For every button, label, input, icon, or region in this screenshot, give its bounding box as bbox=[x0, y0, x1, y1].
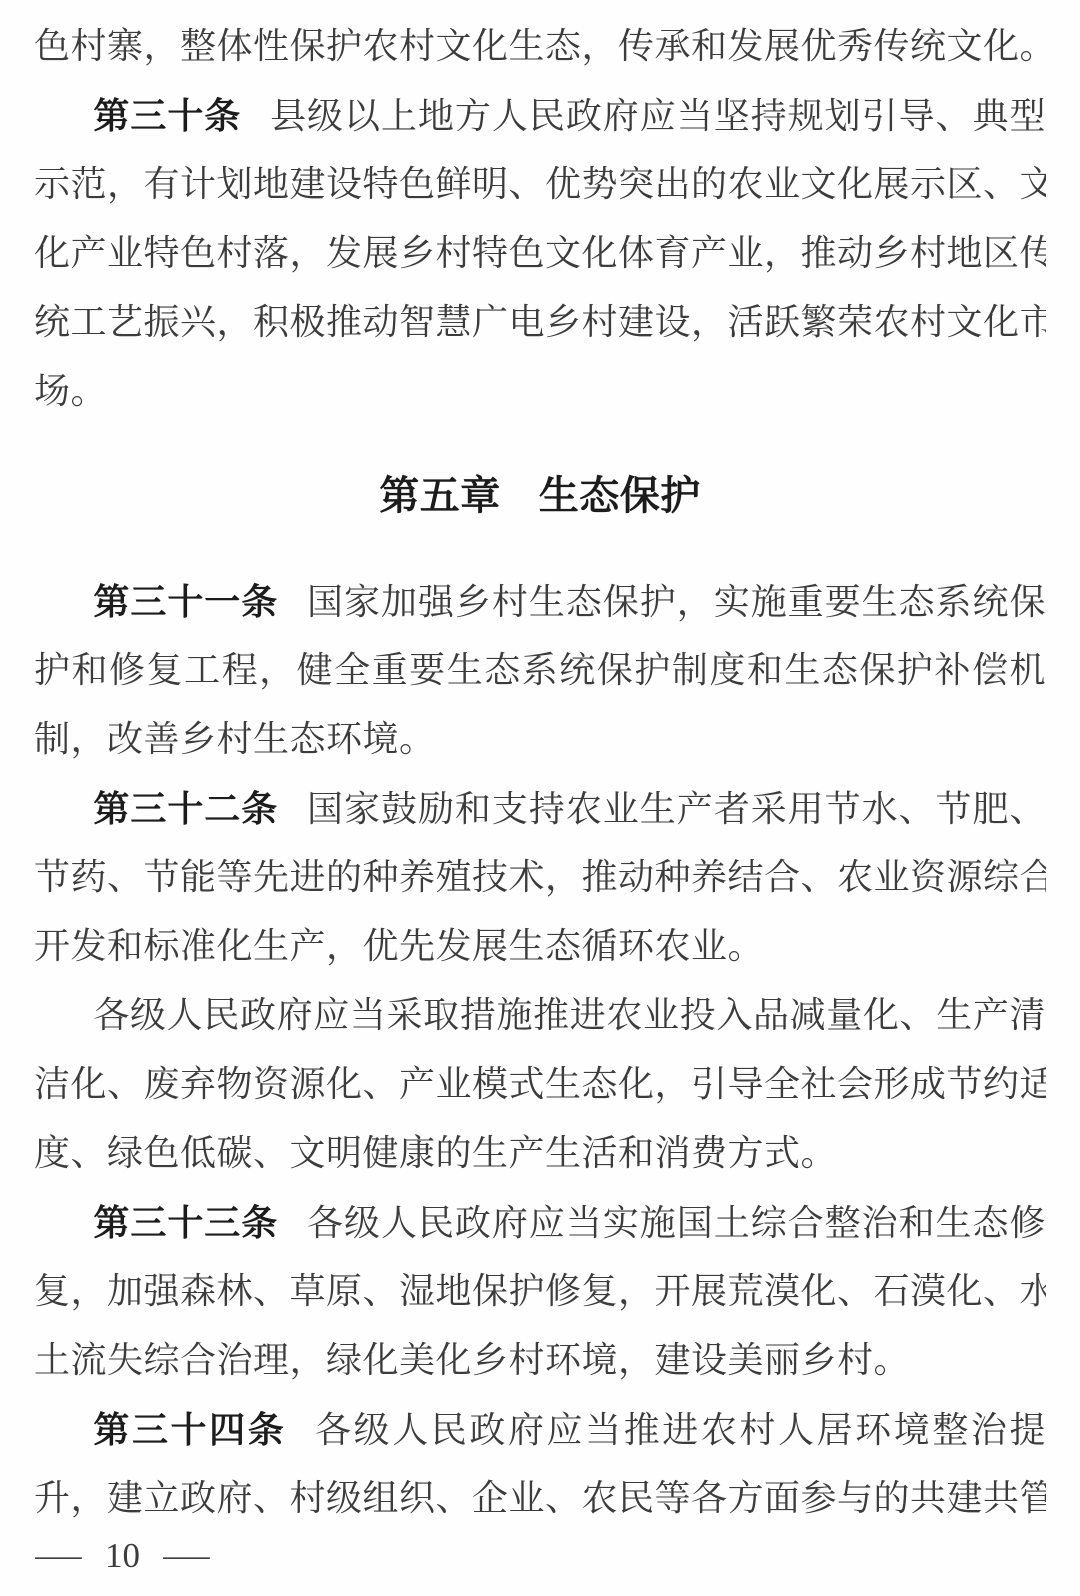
text-line: 第三十三条各级人民政府应当实施国土综合整治和生态修 bbox=[34, 1188, 1046, 1257]
page-footer: — 10 — bbox=[42, 1536, 203, 1576]
line-text: 场。 bbox=[34, 371, 107, 411]
text-line: 护和修复工程，健全重要生态系统保护制度和生态保护补偿机 bbox=[34, 636, 1046, 705]
line-text: 节药、节能等先进的种养殖技术，推动种养结合、农业资源综合 bbox=[34, 857, 1046, 897]
line-text: 县级以上地方人民政府应当坚持规划引导、典型 bbox=[270, 96, 1046, 136]
chapter-title: 生态保护 bbox=[539, 474, 701, 518]
line-text: 各级人民政府应当实施国土综合整治和生态修 bbox=[307, 1203, 1046, 1243]
text-line: 节药、节能等先进的种养殖技术，推动种养结合、农业资源综合 bbox=[34, 843, 1046, 912]
document-content: 色村寨，整体性保护农村文化生态，传承和发展优秀传统文化。第三十条县级以上地方人民… bbox=[34, 12, 1046, 1533]
text-line: 色村寨，整体性保护农村文化生态，传承和发展优秀传统文化。 bbox=[34, 12, 1046, 81]
article-number: 第三十四条 bbox=[93, 1409, 286, 1450]
line-text: 色村寨，整体性保护农村文化生态，传承和发展优秀传统文化。 bbox=[34, 26, 1046, 66]
line-text: 护和修复工程，健全重要生态系统保护制度和生态保护补偿机 bbox=[34, 650, 1046, 690]
text-line: 第三十条县级以上地方人民政府应当坚持规划引导、典型 bbox=[34, 81, 1046, 150]
article-number: 第三十一条 bbox=[93, 581, 278, 622]
text-line: 度、绿色低碳、文明健康的生产生活和消费方式。 bbox=[34, 1119, 1046, 1188]
line-text: 示范，有计划地建设特色鲜明、优势突出的农业文化展示区、文 bbox=[34, 164, 1046, 204]
line-text: 统工艺振兴，积极推动智慧广电乡村建设，活跃繁荣农村文化市 bbox=[34, 302, 1046, 342]
line-text: 国家鼓励和支持农业生产者采用节水、节肥、 bbox=[307, 789, 1046, 829]
text-line: 示范，有计划地建设特色鲜明、优势突出的农业文化展示区、文 bbox=[34, 150, 1046, 219]
footer-right-dash: — bbox=[163, 1538, 209, 1575]
text-line: 复，加强森林、草原、湿地保护修复，开展荒漠化、石漠化、水 bbox=[34, 1257, 1046, 1326]
text-line: 洁化、废弃物资源化、产业模式生态化，引导全社会形成节约适 bbox=[34, 1050, 1046, 1119]
text-line: 制，改善乡村生态环境。 bbox=[34, 705, 1046, 774]
text-line: 化产业特色村落，发展乡村特色文化体育产业，推动乡村地区传 bbox=[34, 219, 1046, 288]
text-line: 第三十一条国家加强乡村生态保护，实施重要生态系统保 bbox=[34, 567, 1046, 636]
article-number: 第三十条 bbox=[93, 95, 241, 136]
line-text: 洁化、废弃物资源化、产业模式生态化，引导全社会形成节约适 bbox=[34, 1064, 1046, 1104]
footer-left-dash: — bbox=[35, 1538, 81, 1575]
text-line: 统工艺振兴，积极推动智慧广电乡村建设，活跃繁荣农村文化市 bbox=[34, 288, 1046, 357]
text-line: 升，建立政府、村级组织、企业、农民等各方面参与的共建共管 bbox=[34, 1464, 1046, 1533]
text-line: 第三十二条国家鼓励和支持农业生产者采用节水、节肥、 bbox=[34, 774, 1046, 843]
line-text: 升，建立政府、村级组织、企业、农民等各方面参与的共建共管 bbox=[34, 1478, 1046, 1518]
chapter-heading: 第五章生态保护 bbox=[34, 462, 1046, 531]
line-text: 土流失综合治理，绿化美化乡村环境，建设美丽乡村。 bbox=[34, 1340, 910, 1380]
line-text: 开发和标准化生产，优先发展生态循环农业。 bbox=[34, 926, 764, 966]
line-text: 各级人民政府应当采取措施推进农业投入品减量化、生产清 bbox=[93, 995, 1046, 1035]
article-number: 第三十三条 bbox=[93, 1202, 278, 1243]
line-text: 复，加强森林、草原、湿地保护修复，开展荒漠化、石漠化、水 bbox=[34, 1271, 1046, 1311]
line-text: 度、绿色低碳、文明健康的生产生活和消费方式。 bbox=[34, 1133, 837, 1173]
line-text: 化产业特色村落，发展乡村特色文化体育产业，推动乡村地区传 bbox=[34, 233, 1046, 273]
line-text: 国家加强乡村生态保护，实施重要生态系统保 bbox=[307, 582, 1046, 622]
document-page: 色村寨，整体性保护农村文化生态，传承和发展优秀传统文化。第三十条县级以上地方人民… bbox=[0, 0, 1080, 1596]
text-line: 开发和标准化生产，优先发展生态循环农业。 bbox=[34, 912, 1046, 981]
text-line: 各级人民政府应当采取措施推进农业投入品减量化、生产清 bbox=[34, 981, 1046, 1050]
text-line: 第三十四条各级人民政府应当推进农村人居环境整治提 bbox=[34, 1395, 1046, 1464]
text-line: 场。 bbox=[34, 357, 1046, 426]
page-number: 10 bbox=[105, 1536, 140, 1576]
line-text: 各级人民政府应当推进农村人居环境整治提 bbox=[315, 1410, 1046, 1450]
text-line: 土流失综合治理，绿化美化乡村环境，建设美丽乡村。 bbox=[34, 1326, 1046, 1395]
line-text: 制，改善乡村生态环境。 bbox=[34, 719, 436, 759]
chapter-number: 第五章 bbox=[379, 474, 501, 518]
article-number: 第三十二条 bbox=[93, 788, 278, 829]
